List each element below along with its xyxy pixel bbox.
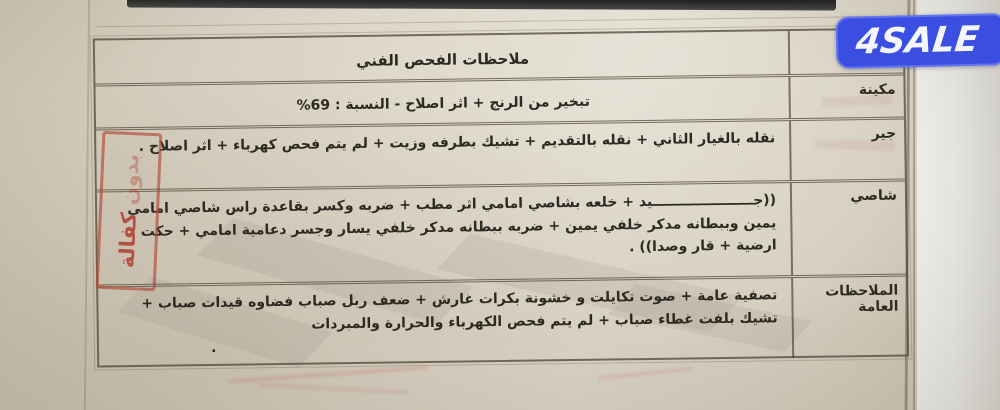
faint-scan-line bbox=[96, 16, 904, 28]
no-warranty-stamp: بدون كفالة bbox=[96, 131, 163, 291]
table-row-chassis: شاصي ((جـــــــــــــــــــــيد + خلعه ب… bbox=[97, 182, 906, 288]
part-label-chassis: شاصي bbox=[790, 182, 906, 276]
ink-bleed-scribble bbox=[598, 367, 693, 380]
note-gearbox: نقله بالغيار الثاني + نقله بالتقديم + تش… bbox=[96, 121, 790, 189]
inspection-table: الجزء ملاحظات الفحص الفني مكينة تبخير من… bbox=[93, 27, 909, 367]
part-label-general: الملاحظات العامة bbox=[791, 276, 907, 358]
notes-column-header: ملاحظات الفحص الفني bbox=[95, 31, 789, 83]
note-chassis: ((جـــــــــــــــــــــيد + خلعه بشاصي … bbox=[97, 183, 791, 284]
note-engine: تبخير من الرنج + اثر اصلاح - النسبة : 69… bbox=[95, 77, 788, 127]
note-general-text: تصفية عامة + صوت تكايلت و خشونة بكرات غا… bbox=[141, 287, 778, 332]
table-row-gearbox: جير نقله بالغيار الثاني + نقله بالتقديم … bbox=[96, 120, 905, 193]
note-general: تصفية عامة + صوت تكايلت و خشونة بكرات غا… bbox=[98, 278, 792, 367]
scanned-inspection-photo: الجزء ملاحظات الفحص الفني مكينة تبخير من… bbox=[0, 0, 1000, 410]
top-dark-strip bbox=[127, 0, 836, 11]
stamp-word-kafala: كفالة bbox=[115, 212, 141, 269]
part-label-gearbox: جير bbox=[789, 120, 905, 181]
stamp-word-bidoon: بدون bbox=[117, 153, 143, 205]
ink-bleed-scribble bbox=[228, 366, 428, 383]
part-label-engine: مكينة bbox=[788, 76, 904, 119]
ink-bleed-scribble bbox=[258, 383, 408, 394]
note-general-trailing-dot: . bbox=[115, 330, 778, 364]
4sale-logo-text: 4SALE bbox=[853, 20, 981, 63]
table-row-general-notes: الملاحظات العامة تصفية عامة + صوت تكايلت… bbox=[98, 276, 907, 365]
no-warranty-stamp-text: بدون كفالة bbox=[115, 153, 144, 268]
4sale-watermark-badge: 4SALE bbox=[835, 13, 1000, 69]
paper-left-crease bbox=[84, 0, 90, 410]
